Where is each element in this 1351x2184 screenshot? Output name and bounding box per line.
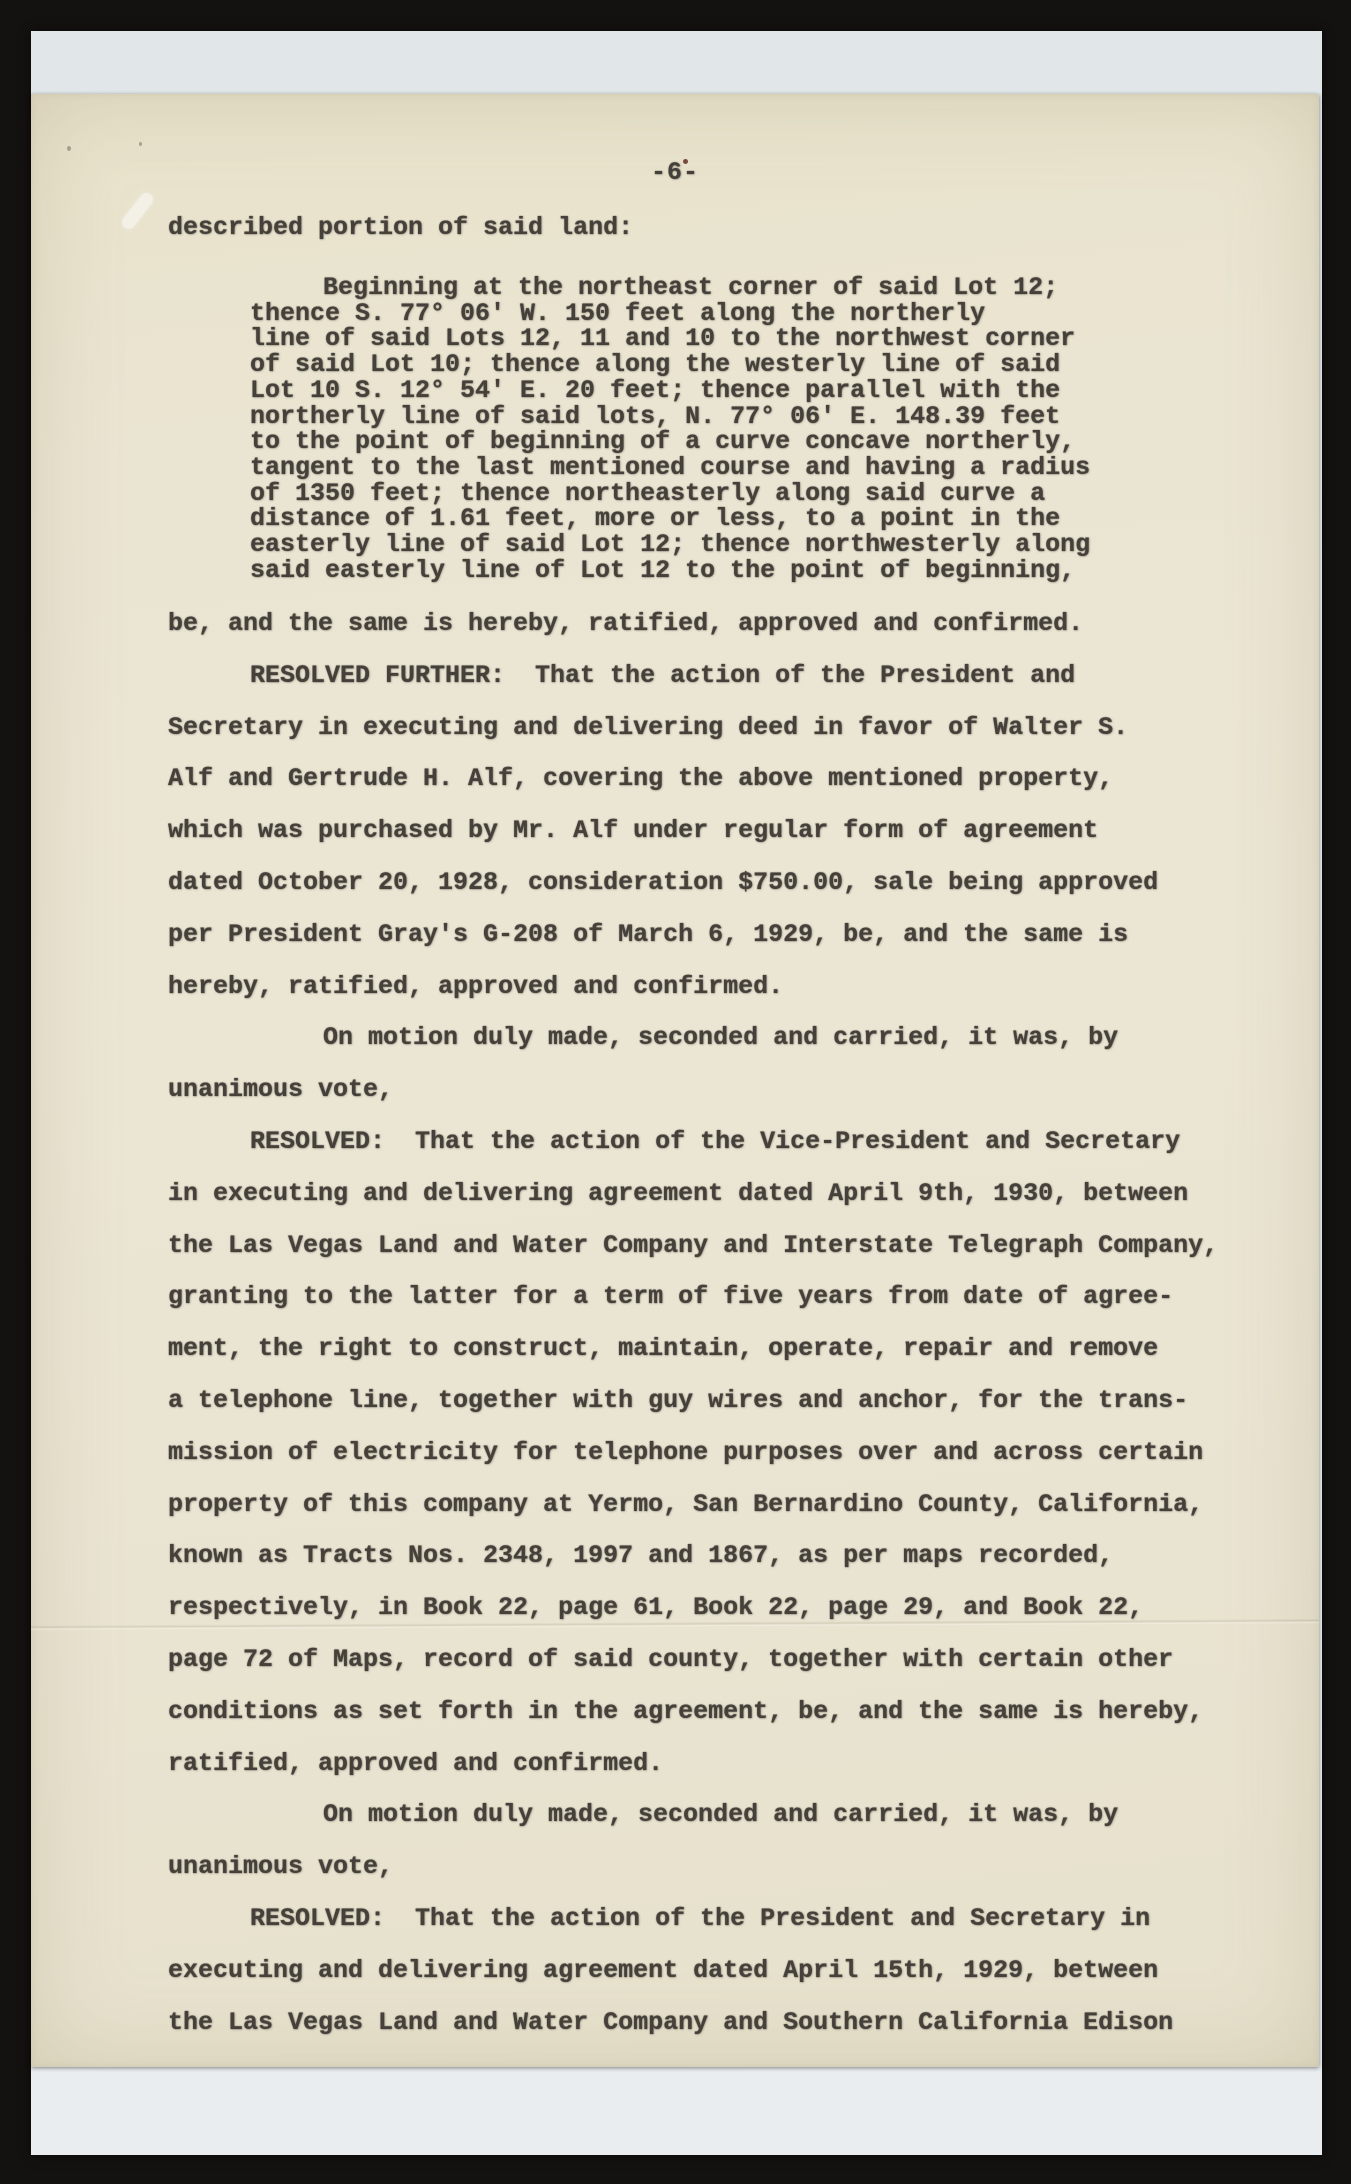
text-line: granting to the latter for a term of fiv… (168, 1271, 1218, 1323)
text-line: distance of 1.61 feet, more or less, to … (250, 506, 1090, 532)
text-line: Beginning at the northeast corner of sai… (250, 275, 1090, 301)
text-line: unanimous vote, (168, 1064, 1218, 1116)
text-line: known as Tracts Nos. 2348, 1997 and 1867… (168, 1530, 1218, 1582)
text-line: property of this company at Yermo, San B… (168, 1479, 1218, 1531)
text-line: northerly line of said lots, N. 77° 06' … (250, 404, 1090, 430)
legal-description-block: Beginning at the northeast corner of sai… (250, 275, 1090, 583)
text-line: unanimous vote, (168, 1841, 1218, 1893)
body-text-block: be, and the same is hereby, ratified, ap… (168, 598, 1218, 2048)
text-line: RESOLVED: That the action of the Preside… (168, 1893, 1218, 1945)
paper-speck (139, 142, 142, 146)
text-line: On motion duly made, seconded and carrie… (168, 1012, 1218, 1064)
document-page: -6- described portion of said land: Begi… (31, 94, 1319, 2067)
text-line: said easterly line of Lot 12 to the poin… (250, 558, 1090, 584)
text-line: of 1350 feet; thence northeasterly along… (250, 481, 1090, 507)
text-line: Lot 10 S. 12° 54' E. 20 feet; thence par… (250, 378, 1090, 404)
text-line: line of said Lots 12, 11 and 10 to the n… (250, 326, 1090, 352)
text-line: be, and the same is hereby, ratified, ap… (168, 598, 1218, 650)
text-line: ment, the right to construct, maintain, … (168, 1323, 1218, 1375)
text-line: tangent to the last mentioned course and… (250, 455, 1090, 481)
text-line: thence S. 77° 06' W. 150 feet along the … (250, 301, 1090, 327)
text-line: ratified, approved and confirmed. (168, 1738, 1218, 1790)
text-line: conditions as set forth in the agreement… (168, 1686, 1218, 1738)
intro-line: described portion of said land: (168, 212, 633, 244)
text-line: On motion duly made, seconded and carrie… (168, 1789, 1218, 1841)
paper-speck (67, 146, 71, 151)
text-line: easterly line of said Lot 12; thence nor… (250, 532, 1090, 558)
text-line: which was purchased by Mr. Alf under reg… (168, 805, 1218, 857)
text-line: the Las Vegas Land and Water Company and… (168, 1997, 1218, 2049)
text-line: of said Lot 10; thence along the westerl… (250, 352, 1090, 378)
text-line: per President Gray's G-208 of March 6, 1… (168, 909, 1218, 961)
text-line: dated October 20, 1928, consideration $7… (168, 857, 1218, 909)
text-line: hereby, ratified, approved and confirmed… (168, 961, 1218, 1013)
text-line: a telephone line, together with guy wire… (168, 1375, 1218, 1427)
text-line: the Las Vegas Land and Water Company and… (168, 1220, 1218, 1272)
scan-background: { "scan": { "page_number": "-6-", "intro… (0, 0, 1351, 2184)
page-number: -6- (31, 158, 1319, 188)
text-line: mission of electricity for telephone pur… (168, 1427, 1218, 1479)
text-line: page 72 of Maps, record of said county, … (168, 1634, 1218, 1686)
paper-scratch (119, 190, 155, 231)
text-line: to the point of beginning of a curve con… (250, 429, 1090, 455)
text-line: Alf and Gertrude H. Alf, covering the ab… (168, 753, 1218, 805)
text-line: executing and delivering agreement dated… (168, 1945, 1218, 1997)
text-line: Secretary in executing and delivering de… (168, 702, 1218, 754)
text-line: RESOLVED FURTHER: That the action of the… (168, 650, 1218, 702)
text-line: in executing and delivering agreement da… (168, 1168, 1218, 1220)
text-line: RESOLVED: That the action of the Vice-Pr… (168, 1116, 1218, 1168)
